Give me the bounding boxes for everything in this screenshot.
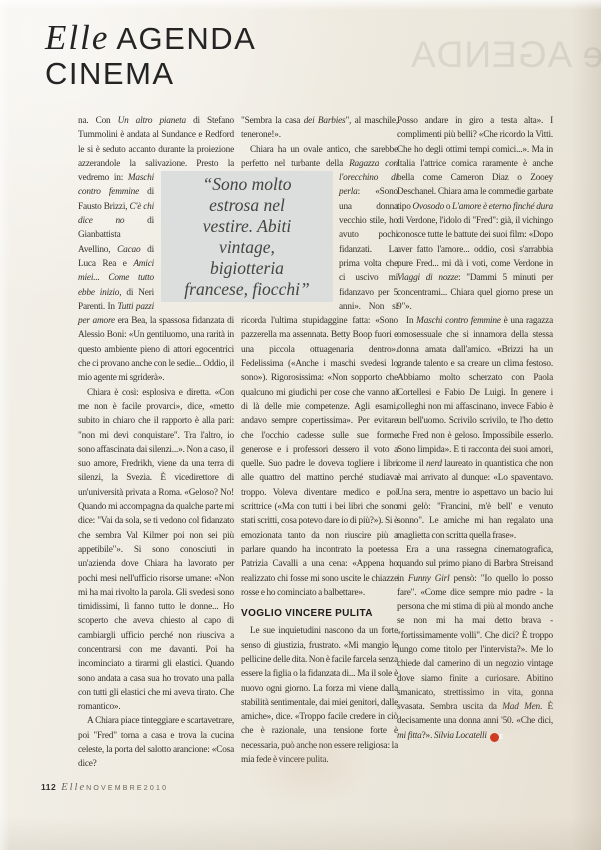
text-run: A Chiara piace tinteggiare e scartavetra… <box>78 716 234 769</box>
text-run: Chiara è così: esplosiva e diretta. «Con… <box>78 388 234 713</box>
text-run: In <box>406 316 416 326</box>
text-run: na. Con <box>78 116 118 126</box>
article-column-3: Posso andare in giro a testa alta». I co… <box>397 114 553 743</box>
footer-issue: NOVEMBRE2010 <box>86 785 168 792</box>
text-run: era Bea, la spassosa fidanzata di Alessi… <box>78 316 234 383</box>
footer-brand: Elle <box>61 782 86 793</box>
article-column-1: na. Con Un altro pianeta di Stefano Tumm… <box>78 114 234 772</box>
text-run: L'amore è eterno finché dura <box>452 202 553 212</box>
masthead-line1: ElleAGENDA <box>45 18 256 58</box>
article-paragraph: Le sue inquietudini nascono da un forte … <box>241 624 398 767</box>
article-paragraph: Era a una rassegna cinematografica, quan… <box>397 543 553 743</box>
text-run: "Sembra la casa <box>241 116 304 126</box>
article-paragraph: Chiara è così: esplosiva e diretta. «Con… <box>78 386 234 715</box>
section-subtitle: CINEMA <box>45 56 256 92</box>
text-run: Viaggi di nozze <box>397 273 458 283</box>
section-title: AGENDA <box>116 21 256 56</box>
text-run: Silvia Locatelli <box>434 731 487 741</box>
end-of-article-icon: E <box>490 733 499 742</box>
showthrough-watermark: Elle AGENDA <box>410 34 601 76</box>
pull-quote-wrap-spacer <box>158 171 234 303</box>
text-run: nerd <box>426 459 442 469</box>
article-paragraph: A Chiara piace tinteggiare e scartavetra… <box>78 714 234 771</box>
brand-logo: Elle <box>45 18 109 57</box>
article-paragraph: Posso andare in giro a testa alta». I co… <box>397 114 553 314</box>
text-run: di Verdone, l'idolo di "Fred": già, il v… <box>397 216 553 269</box>
text-run: Maschi contro femmine <box>416 316 501 326</box>
text-run: Posso andare in giro a testa alta». I co… <box>397 116 553 212</box>
text-run: Cacao <box>117 245 140 255</box>
page-number: 112 <box>41 782 56 792</box>
text-run: Le sue inquietudini nascono da un forte … <box>241 626 398 765</box>
pull-quote-wrap-spacer <box>241 171 335 303</box>
article-paragraph: "Sembra la casa dei Barbies", al maschil… <box>241 114 398 143</box>
article-column-2: "Sembra la casa dei Barbies", al maschil… <box>241 114 398 767</box>
text-run: Ovosodo <box>412 202 444 212</box>
text-run: o <box>444 202 452 212</box>
text-run: Un altro pianeta <box>118 116 186 126</box>
article-paragraph: In Maschi contro femmine è una ragazza o… <box>397 314 553 543</box>
text-run: dei Barbies <box>304 116 346 126</box>
article-paragraph: Chiara ha un ovale antico, che sarebbe p… <box>241 143 398 601</box>
text-run: Mad Men <box>502 702 540 712</box>
text-run: mi fitta <box>397 731 422 741</box>
text-run: pensò: "Io quello lo posso fare". «Come … <box>397 574 553 713</box>
text-run: ?». <box>422 731 434 741</box>
text-run: laureato in quantistica che non è mai ar… <box>397 459 553 540</box>
magazine-page: Elle AGENDA ElleAGENDA CINEMA “Sono molt… <box>0 0 601 850</box>
text-run: Funny Girl <box>408 574 450 584</box>
section-heading: VOGLIO VINCERE PULITA <box>241 607 398 621</box>
text-run: è una ragazza omosessuale che si innamor… <box>397 316 553 469</box>
article-paragraph: na. Con Un altro pianeta di Stefano Tumm… <box>78 114 234 386</box>
magazine-masthead: ElleAGENDA CINEMA <box>45 18 256 92</box>
page-footer: 112ElleNOVEMBRE2010 <box>41 777 168 795</box>
